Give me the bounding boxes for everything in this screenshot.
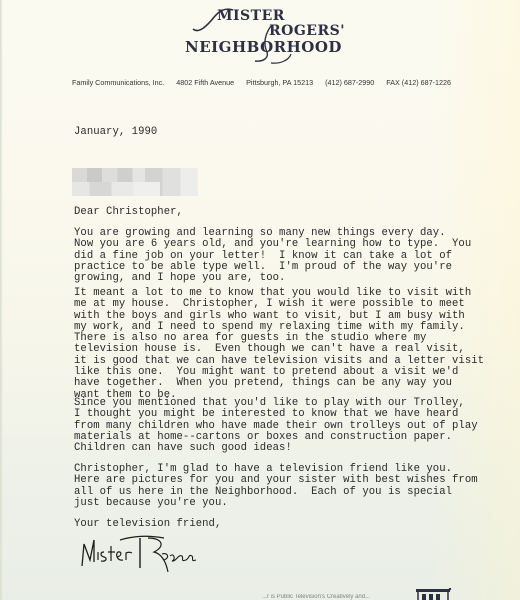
letter-paragraph-2: It meant a lot to me to know that you wo… <box>74 288 484 401</box>
letter-paragraph-4: Christopher, I'm glad to have a televisi… <box>74 464 478 509</box>
footer-text: ...r is Public Television's Creatively a… <box>262 594 370 600</box>
letter-closing: Your television friend, <box>74 519 221 530</box>
logo-mister: MISTER <box>217 8 285 24</box>
trolley-icon <box>414 588 452 600</box>
company-name: Family Communications, Inc. <box>72 78 164 87</box>
logo-neighborhood: NEIGHBORHOOD <box>185 38 342 56</box>
logo-rogers: ROGERS' <box>269 23 345 39</box>
street-address: 4802 Fifth Avenue <box>176 78 234 87</box>
letter-salutation: Dear Christopher, <box>74 207 183 218</box>
paper-edge <box>0 0 3 600</box>
letter-paragraph-3: Since you mentioned that you'd like to p… <box>74 398 478 454</box>
letter-paragraph-1: You are growing and learning so many new… <box>74 228 471 284</box>
phone-number: (412) 687-2990 <box>325 78 374 87</box>
city-address: Pittsburgh, PA 15213 <box>246 78 313 87</box>
letter-date: January, 1990 <box>74 127 157 138</box>
fax-number: FAX (412) 687-1226 <box>386 78 451 87</box>
letterhead-logo: MISTER ROGERS' NEIGHBORHOOD <box>185 4 345 62</box>
letterhead-address: Family Communications, Inc. 4802 Fifth A… <box>72 78 461 87</box>
signature-mister-rogers <box>78 532 198 572</box>
redacted-recipient-address <box>72 168 198 196</box>
